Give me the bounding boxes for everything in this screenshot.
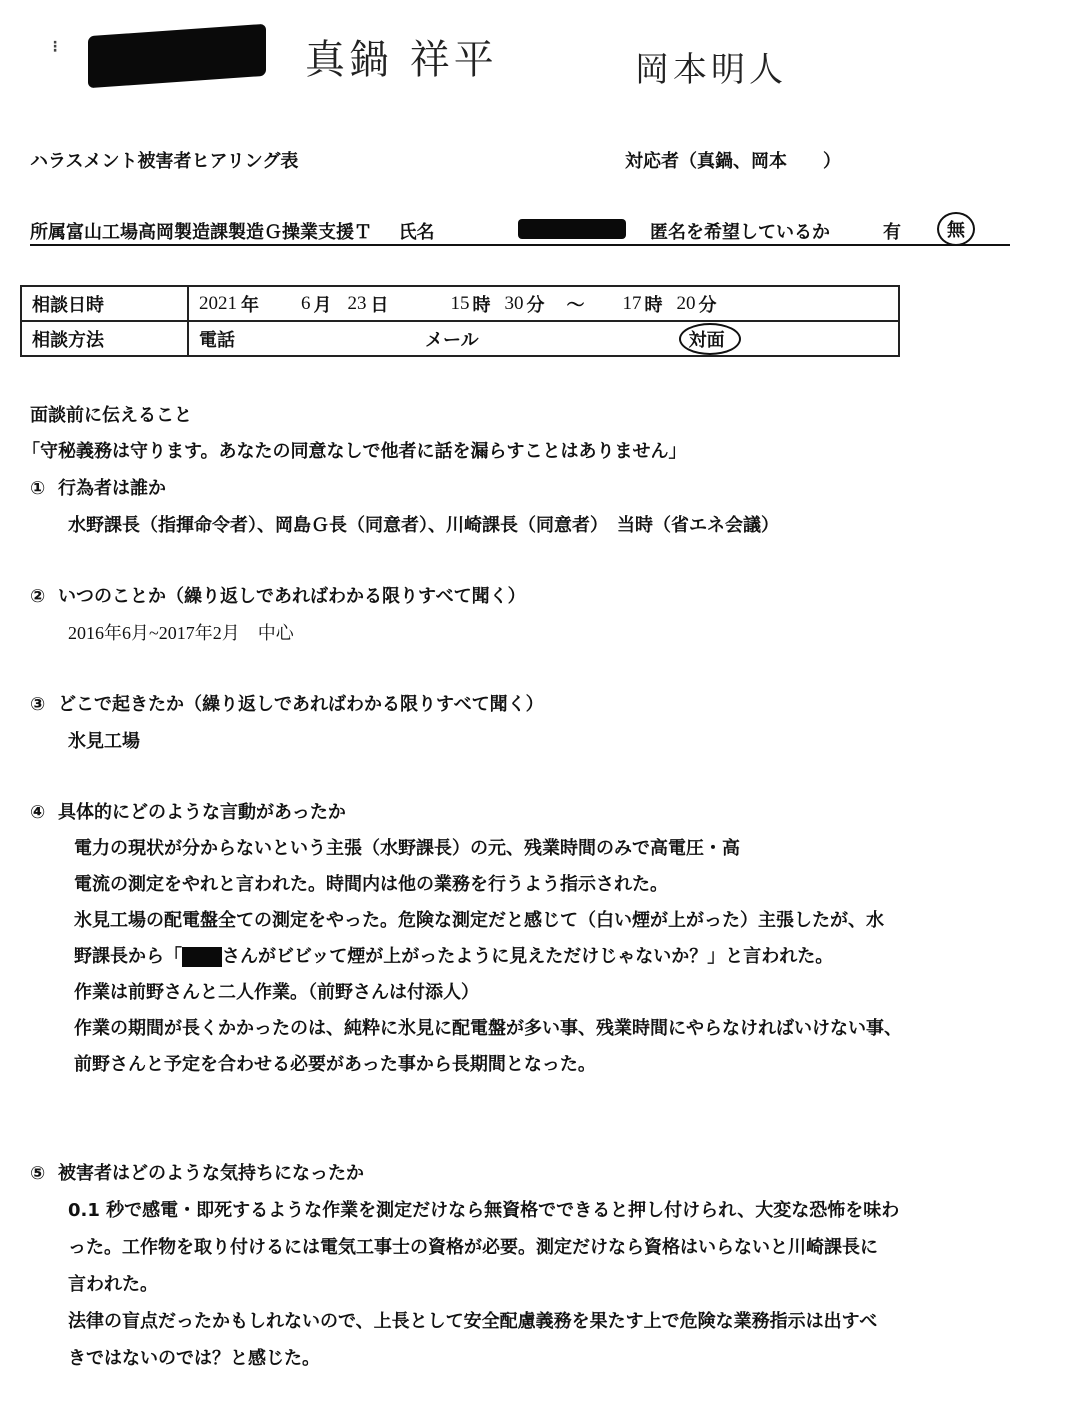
redacted-name-inline [182, 947, 222, 967]
method-option-phone[interactable]: 電話 [199, 326, 235, 352]
section-1-answer: 水野課長（指揮命令者）、岡島Ｇ長（同意者）、川崎課長（同意者） 当時（省エネ会議… [68, 516, 779, 536]
confidentiality-statement: 「守秘義務は守ります。あなたの同意なしで他者に話を漏らすことはありません」 [22, 442, 687, 462]
section-4-question: ④具体的にどのような言動があったか [30, 803, 346, 823]
handwritten-name-1: 真鍋 祥平 [305, 28, 498, 85]
question-text: 具体的にどのような言動があったか [58, 802, 346, 823]
section-3-question: ③どこで起きたか（繰り返しであればわかる限りすべて聞く） [30, 695, 544, 715]
redacted-name-block [88, 24, 266, 88]
question-text: 行為者は誰か [58, 478, 166, 499]
start-hour-unit: 時 [473, 291, 491, 317]
section-4-answer-line: 電力の現状が分からないという主張（水野課長）の元、残業時間のみで高電圧・高 [74, 839, 740, 859]
datetime-label: 相談日時 [21, 286, 188, 321]
section-2-question: ②いつのことか（繰り返しであればわかる限りすべて聞く） [30, 587, 526, 607]
handwritten-dots: ⋮ [48, 40, 62, 54]
line-suffix: さんがビビッて煙が上がったように見えただけじゃないか？」と言われた。 [222, 946, 833, 967]
question-text: いつのことか（繰り返しであればわかる限りすべて聞く） [58, 586, 526, 607]
datetime-value: 2021 年 6 月 23 日 15 時 30 分 ～ 17 時 20 分 [188, 286, 899, 321]
section-4-answer-line: 野課長から「さんがビビッて煙が上がったように見えただけじゃないか？」と言われた。 [74, 947, 833, 967]
section-number: ⑤ [30, 1164, 58, 1184]
handwritten-name-2: 岡本明人 [635, 42, 787, 91]
end-hour-unit: 時 [645, 291, 663, 317]
consultation-method-row: 相談方法 電話 メール 対面 [21, 321, 899, 356]
start-minute-unit: 分 [527, 291, 545, 317]
anonymous-question: 匿名を希望しているか [650, 218, 830, 244]
section-4-answer-line: 作業は前野さんと二人作業。（前野さんは付添人） [74, 983, 479, 1003]
month-unit: 月 [314, 291, 332, 317]
affiliation-line: 所属富山工場高岡製造課製造Ｇ操業支援Ｔ 氏名 [30, 218, 435, 244]
consultation-datetime-row: 相談日時 2021 年 6 月 23 日 15 時 30 分 ～ 17 時 20… [21, 286, 899, 321]
section-number: ③ [30, 695, 58, 715]
section-5-answer-line: 法律の盲点だったかもしれないので、上長として安全配慮義務を果たす上で危険な業務指… [68, 1312, 877, 1332]
section-4-answer-line: 氷見工場の配電盤全ての測定をやった。危険な測定だと感じて（白い煙が上がった）主張… [74, 911, 884, 931]
selected-circle: 対面 [679, 323, 741, 355]
pre-interview-heading: 面談前に伝えること [30, 406, 192, 426]
end-minute-unit: 分 [699, 291, 717, 317]
section-number: ② [30, 587, 58, 607]
method-value: 電話 メール 対面 [188, 321, 899, 356]
end-minute: 20 [677, 293, 696, 315]
method-label: 相談方法 [21, 321, 188, 356]
year-value: 2021 [199, 293, 237, 315]
section-5-question: ⑤被害者はどのような気持ちになったか [30, 1164, 364, 1184]
section-4-answer-line: 作業の期間が長くかかったのは、純粋に氷見に配電盤が多い事、残業時間にやらなければ… [74, 1019, 902, 1039]
affiliation-label: 所属 [30, 222, 66, 243]
section-4-answer-line: 電流の測定をやれと言われた。時間内は他の業務を行うよう指示された。 [74, 875, 668, 895]
time-separator: ～ [567, 291, 585, 317]
section-5-answer-line: 言われた。 [68, 1275, 158, 1295]
form-title: ハラスメント被害者ヒアリング表 [30, 147, 298, 173]
section-number: ① [30, 479, 58, 499]
redacted-person-name [518, 219, 626, 239]
name-label: 氏名 [399, 222, 435, 243]
start-hour: 15 [451, 293, 470, 315]
anonymous-option-no[interactable]: 無 [937, 212, 975, 246]
section-4-answer-line: 前野さんと予定を合わせる必要があった事から長期間となった。 [74, 1055, 596, 1075]
section-5-answer-line: きではないのでは？と感じた。 [68, 1349, 320, 1369]
month-value: 6 [301, 293, 311, 315]
section-5-answer-line: 0.1 秒で感電・即死するような作業を測定だけなら無資格でできると押し付けられ、… [68, 1201, 899, 1221]
end-hour: 17 [623, 293, 642, 315]
section-3-answer: 氷見工場 [68, 732, 140, 752]
year-unit: 年 [241, 291, 259, 317]
section-1-question: ①行為者は誰か [30, 479, 166, 499]
day-value: 23 [348, 293, 367, 315]
start-minute: 30 [505, 293, 524, 315]
day-unit: 日 [371, 291, 389, 317]
selected-circle: 無 [937, 212, 975, 246]
method-option-in-person[interactable]: 対面 [679, 323, 741, 355]
handler-label: 対応者（真鍋、岡本 ） [625, 147, 841, 173]
method-option-email[interactable]: メール [425, 326, 479, 352]
anonymous-option-yes[interactable]: 有 [883, 218, 901, 244]
affiliation-value: 富山工場高岡製造課製造Ｇ操業支援Ｔ [66, 222, 372, 243]
question-text: 被害者はどのような気持ちになったか [58, 1163, 364, 1184]
question-text: どこで起きたか（繰り返しであればわかる限りすべて聞く） [58, 694, 544, 715]
section-2-answer: 2016年6月~2017年2月 中心 [68, 623, 294, 643]
section-5-answer-line: った。工作物を取り付けるには電気工事士の資格が必要。測定だけなら資格はいらないと… [68, 1238, 878, 1258]
consultation-table: 相談日時 2021 年 6 月 23 日 15 時 30 分 ～ 17 時 20… [20, 285, 900, 357]
line-prefix: 野課長から「 [74, 946, 182, 967]
section-number: ④ [30, 803, 58, 823]
